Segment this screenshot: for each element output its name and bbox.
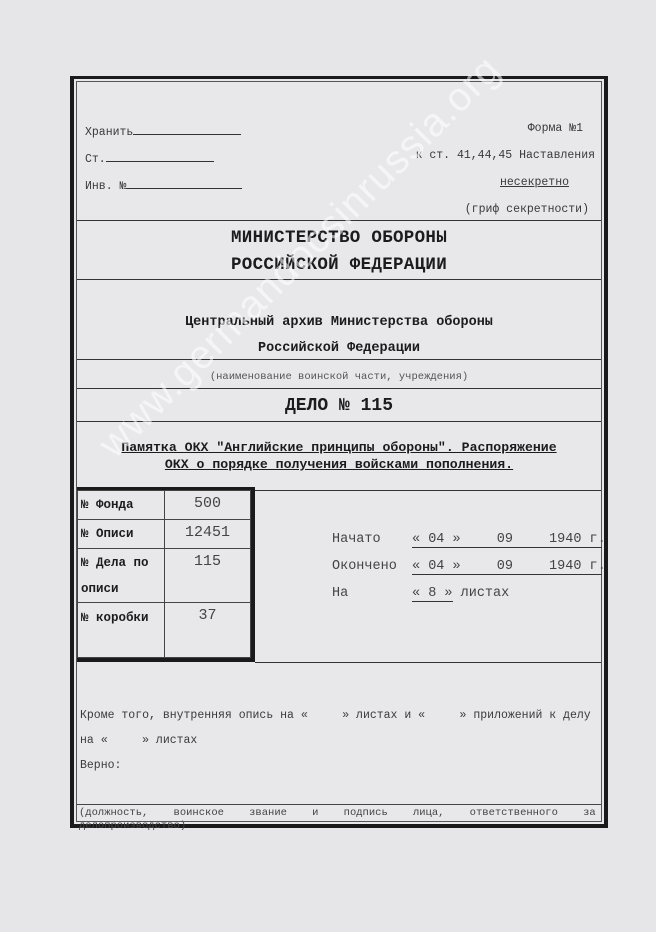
sheets-line: на « » листах: [80, 734, 197, 747]
document-frame: Хранить Ст. Инв. № Форма №1 к ст. 41,44,…: [70, 76, 608, 828]
ministry-line2: РОССИЙСКОЙ ФЕДЕРАЦИИ: [77, 255, 601, 275]
divider: [77, 279, 601, 280]
catalog-value: 115: [165, 549, 251, 603]
divider: [77, 421, 601, 422]
divider: [77, 804, 601, 805]
keep-blank: [133, 122, 241, 135]
case-title: ДЕЛО № 115: [77, 396, 601, 416]
archive-line2: Российской Федерации: [77, 341, 601, 356]
catalog-label: № Фонда: [78, 491, 165, 520]
regulation-reference: к ст. 41,44,45 Наставления: [416, 149, 595, 162]
keep-field: Хранить: [85, 122, 241, 139]
unit-caption: (наименование воинской части, учреждения…: [77, 371, 601, 383]
classification: несекретно: [500, 176, 569, 189]
sheets-value: « 8 »: [412, 586, 453, 602]
started-label: Начато: [332, 532, 381, 547]
form-number: Форма №1: [528, 122, 583, 135]
started-month: 09: [497, 532, 513, 547]
responsible-caption-2: делопроизводство): [79, 820, 186, 832]
divider: [77, 359, 601, 360]
ended-label: Окончено: [332, 559, 397, 574]
classification-caption: (гриф секретности): [465, 203, 589, 216]
inv-blank: [126, 176, 242, 189]
inventory-line: Кроме того, внутренняя опись на « » лист…: [80, 709, 591, 722]
catalog-row: № Описи 12451: [78, 520, 251, 549]
ministry-line1: МИНИСТЕРСТВО ОБОРОНЫ: [77, 228, 601, 248]
ended-year: 1940 г.: [549, 559, 606, 574]
case-subject-line1: Памятка ОКХ "Английские принципы обороны…: [121, 440, 556, 455]
st-field: Ст.: [85, 149, 214, 166]
case-subject: Памятка ОКХ "Английские принципы обороны…: [77, 439, 601, 473]
catalog-row: № Фонда 500: [78, 491, 251, 520]
catalog-table: № Фонда 500 № Описи 12451 № Дела по опис…: [77, 490, 251, 658]
inv-field: Инв. №: [85, 176, 242, 193]
sheets-unit: листах: [461, 586, 510, 601]
catalog-box: № Фонда 500 № Описи 12451 № Дела по опис…: [77, 487, 255, 662]
catalog-value: 12451: [165, 520, 251, 549]
sheets-count: « 8 » листах: [412, 586, 509, 602]
ended-date: « 04 » 09 1940 г.: [412, 559, 602, 575]
divider: [77, 388, 601, 389]
started-date: « 04 » 09 1940 г.: [412, 532, 602, 548]
verified-label: Верно:: [80, 759, 121, 772]
catalog-label: № Дела по описи: [78, 549, 165, 603]
started-day: « 04 »: [412, 532, 461, 547]
catalog-label: № Описи: [78, 520, 165, 549]
st-label: Ст.: [85, 153, 106, 166]
catalog-label: № коробки: [78, 603, 165, 658]
inv-label: Инв. №: [85, 180, 126, 193]
ended-day: « 04 »: [412, 559, 461, 574]
divider: [255, 662, 601, 663]
divider: [77, 220, 601, 221]
sheets-label: На: [332, 586, 348, 601]
catalog-value: 37: [165, 603, 251, 658]
responsible-caption: (должность, воинское звание и подпись ли…: [79, 807, 596, 819]
keep-label: Хранить: [85, 126, 133, 139]
catalog-value: 500: [165, 491, 251, 520]
document-inner-border: Хранить Ст. Инв. № Форма №1 к ст. 41,44,…: [76, 81, 602, 822]
catalog-row: № Дела по описи 115: [78, 549, 251, 603]
case-subject-line2: ОКХ о порядке получения войсками пополне…: [165, 457, 513, 472]
st-blank: [106, 149, 214, 162]
ended-month: 09: [497, 559, 513, 574]
catalog-row: № коробки 37: [78, 603, 251, 658]
started-year: 1940 г.: [549, 532, 606, 547]
archive-line1: Центральный архив Министерства обороны: [77, 315, 601, 330]
